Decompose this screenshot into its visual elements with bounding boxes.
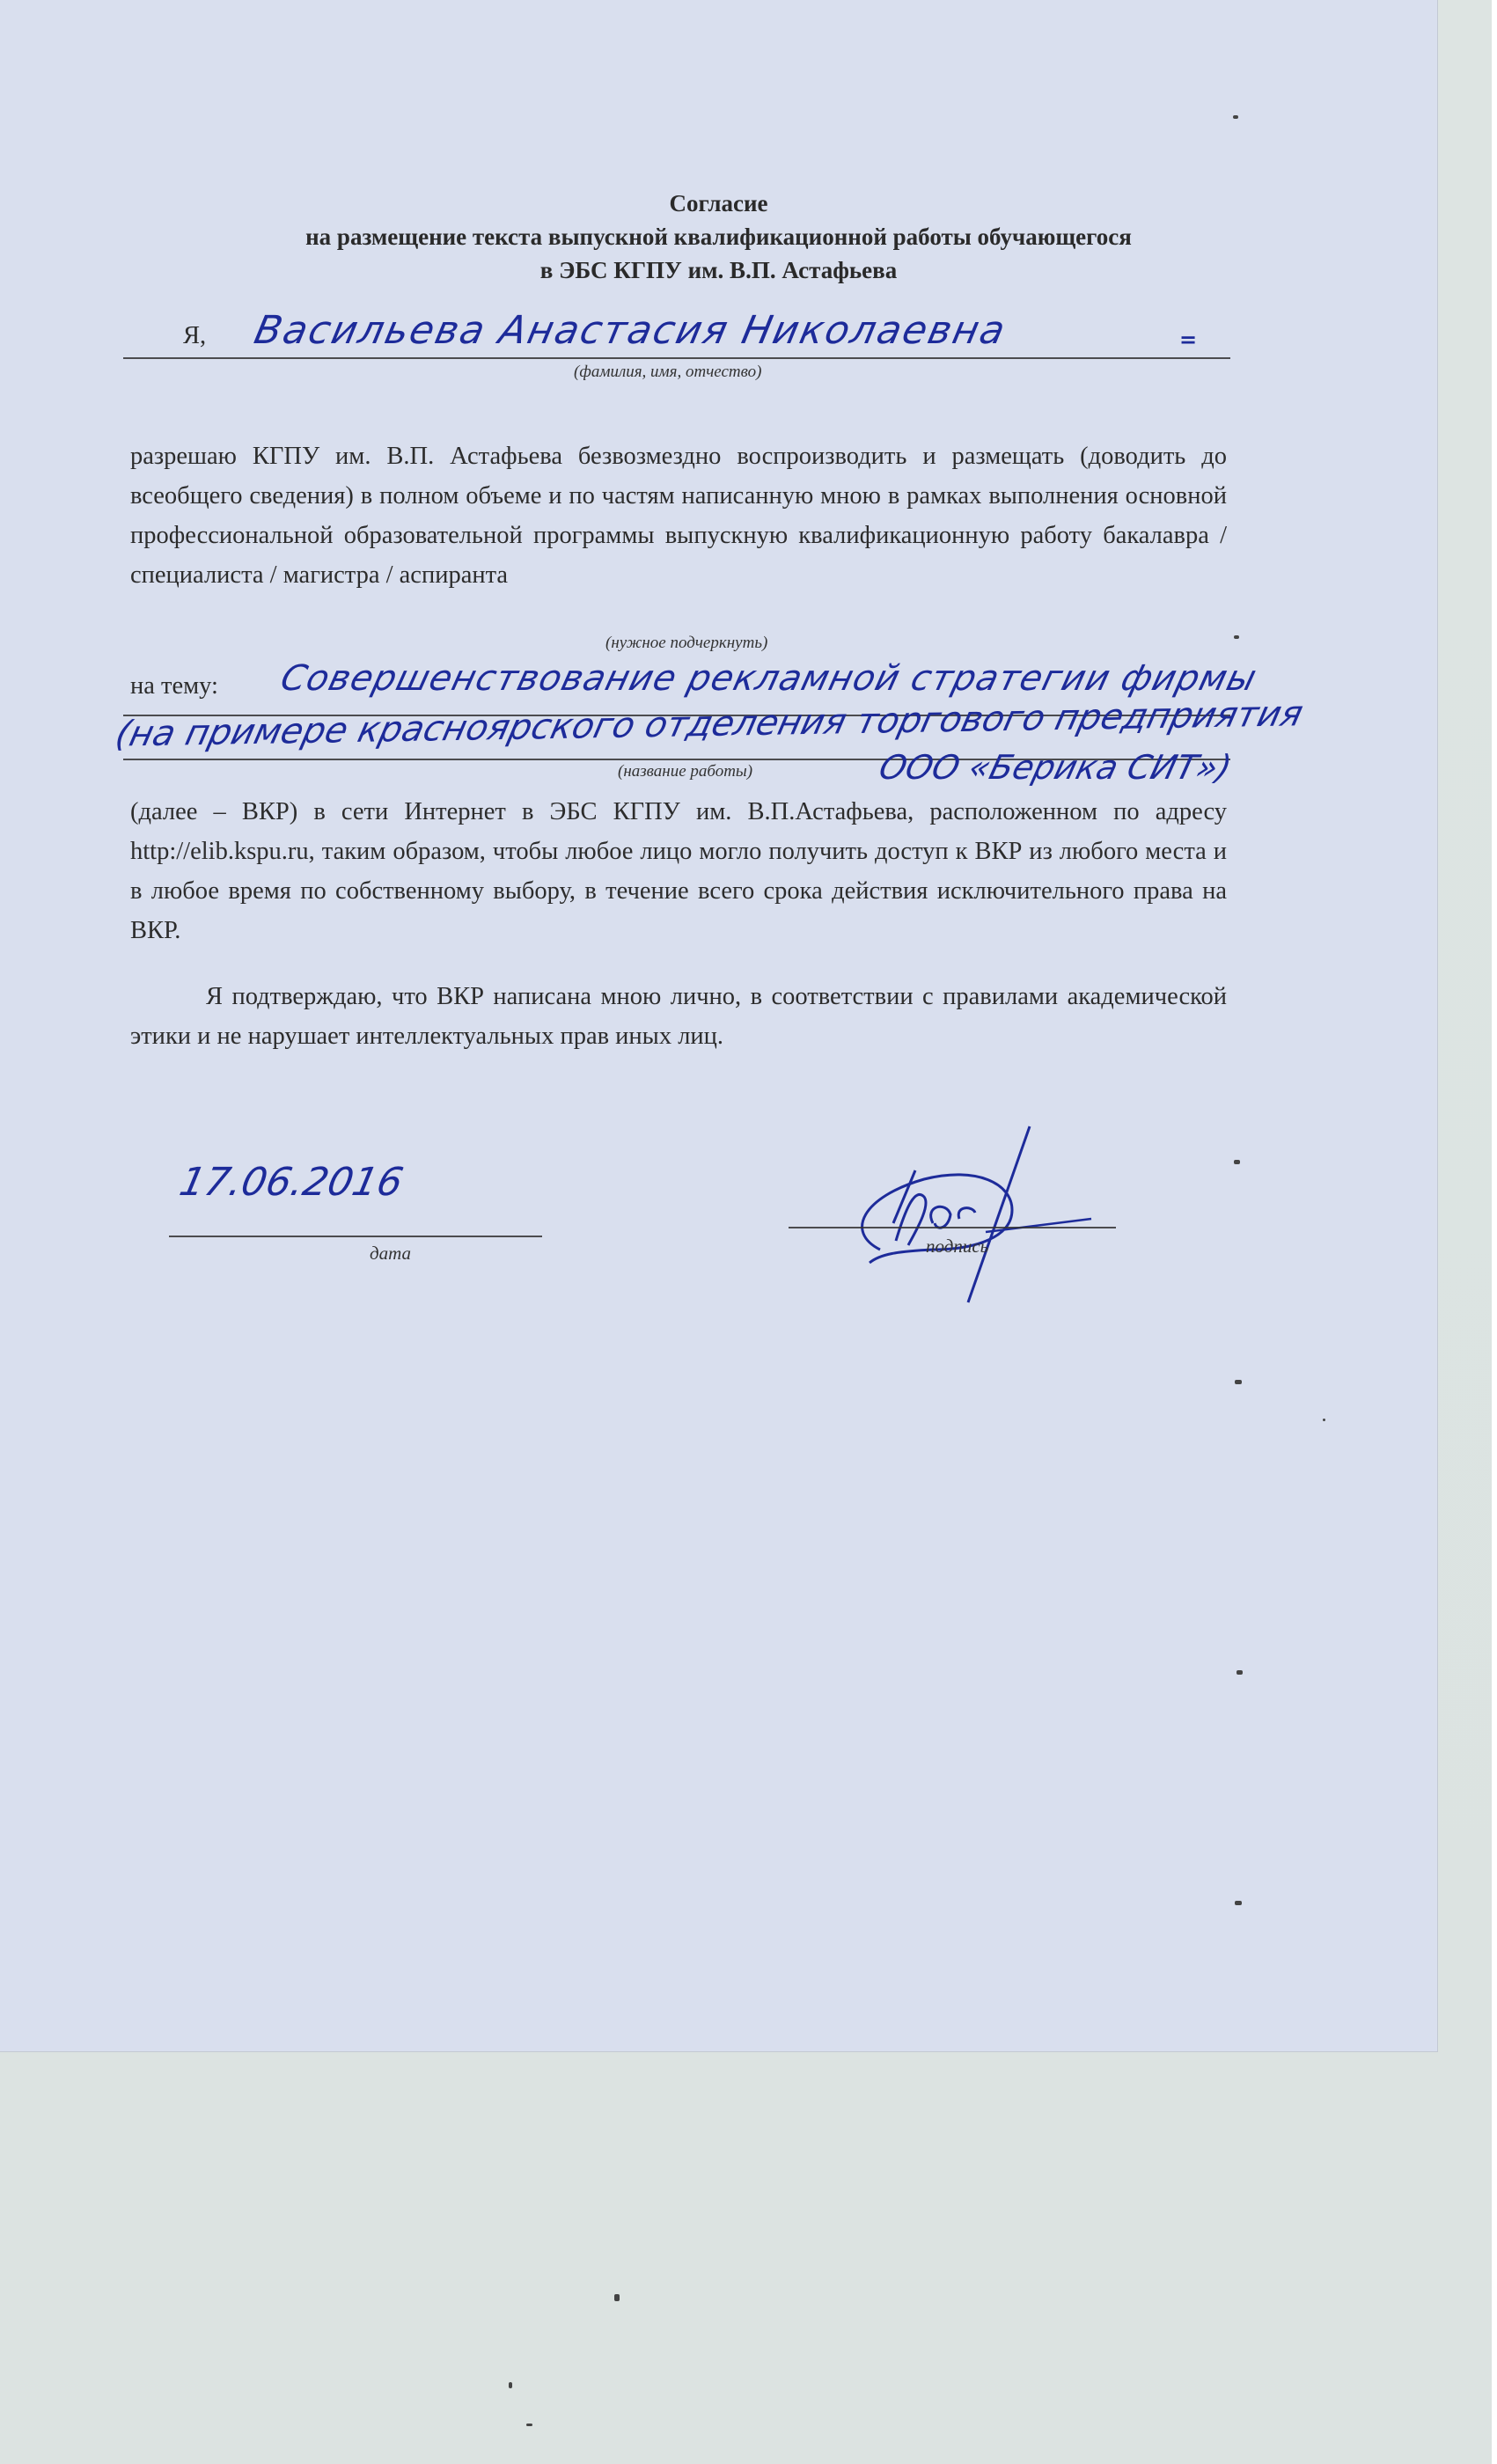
topic-caption: (название работы) — [618, 762, 752, 781]
consent-form-page: Согласие на размещение текста выпускной … — [0, 0, 1438, 2052]
confirmation-paragraph: Я подтверждаю, что ВКР написана мною лич… — [130, 977, 1227, 1056]
topic-handwritten-line-3: ООО «Берика СИТ») — [876, 748, 1236, 787]
scan-speck — [526, 2424, 532, 2426]
scan-speck — [509, 2382, 512, 2388]
name-end-mark: = — [1179, 327, 1197, 352]
name-prefix: Я, — [183, 322, 206, 350]
scanner-edge-strip — [1492, 0, 1497, 2464]
scan-mark — [1233, 115, 1238, 119]
scan-speck — [614, 2294, 620, 2301]
name-underline — [123, 357, 1230, 359]
document-title: Согласие — [0, 187, 1437, 220]
date-underline — [169, 1236, 542, 1237]
topic-label: на тему: — [130, 672, 218, 700]
permission-paragraph: разрешаю КГПУ им. В.П. Астафьева безвозм… — [130, 436, 1227, 595]
scan-mark — [1236, 1670, 1243, 1675]
topic-handwritten-line-2: (на примере красноярского отделения торг… — [112, 693, 1307, 754]
scan-mark — [1234, 1160, 1240, 1164]
publication-paragraph: (далее – ВКР) в сети Интернет в ЭБС КГПУ… — [130, 792, 1227, 950]
scan-mark — [1323, 1419, 1325, 1421]
scan-mark — [1235, 1380, 1242, 1384]
document-subtitle-line-1: на размещение текста выпускной квалифика… — [0, 220, 1437, 253]
signature-caption: подпись — [926, 1236, 988, 1258]
signature-underline — [789, 1227, 1116, 1228]
underline-caption: (нужное подчеркнуть) — [605, 634, 767, 653]
name-field-handwritten: Васильева Анастасия Николаевна — [251, 308, 1011, 353]
date-handwritten: 17.06.2016 — [176, 1160, 407, 1205]
name-caption: (фамилия, имя, отчество) — [574, 363, 761, 382]
scan-mark — [1235, 1901, 1242, 1905]
scan-mark — [1234, 635, 1239, 639]
signature-icon — [827, 1100, 1126, 1311]
topic-handwritten-line-1: Совершенствование рекламной стратегии фи… — [276, 658, 1261, 699]
date-caption: дата — [370, 1243, 411, 1265]
document-subtitle-line-2: в ЭБС КГПУ им. В.П. Астафьева — [0, 253, 1437, 287]
